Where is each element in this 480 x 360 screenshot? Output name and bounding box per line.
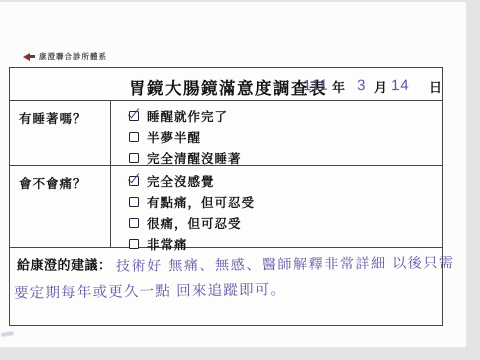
answer-cell: 完全沒感覺 有點痛，但可忍受 很痛，但可忍受 非常痛 [111,166,442,247]
handwritten-suggestion-line1: 技術好 無痛、無感、醫師解釋非常詳細 以後只需 [116,252,455,276]
date-month-label: 月 [374,77,387,96]
question-label-pain: 會不會痛？ [19,177,87,191]
checkbox-icon [129,153,139,163]
option-row: 半夢半醒 [129,126,442,147]
suggestion-label: 給康澄的建議： [17,258,112,273]
date-day-label: 日 [429,77,442,96]
survey-form-table: 胃鏡大腸鏡滿意度調查表 111 年 3 月 14 日 有睡著嗎？ 睡醒就作完了 [9,67,443,326]
checkbox-icon [129,132,139,142]
checkbox-icon [129,218,139,228]
question-row-pain: 會不會痛？ 完全沒感覺 有點痛，但可忍受 很痛，但可忍受 [10,166,442,248]
clinic-logo-icon [23,53,35,61]
suggestion-row: 給康澄的建議： 技術好 無痛、無感、醫師解釋非常詳細 以後只需 要定期每年或更久… [10,248,442,325]
option-label: 半夢半醒 [147,128,201,146]
question-cell: 有睡著嗎？ [10,101,111,165]
scanned-paper: 康澄聯合診所體系 胃鏡大腸鏡滿意度調查表 111 年 3 月 14 日 有睡著嗎… [0,2,466,347]
option-label: 很痛，但可忍受 [147,214,242,232]
checkbox-icon [129,197,139,207]
question-label-sleep: 有睡著嗎？ [19,112,87,126]
option-row: 很痛，但可忍受 [129,212,442,233]
option-row: 完全沒感覺 [129,170,442,191]
form-title: 胃鏡大腸鏡滿意度調查表 [129,75,327,99]
answer-cell: 睡醒就作完了 半夢半醒 完全清醒沒睡著 [111,101,442,165]
handwritten-suggestion-line2: 要定期每年或更久一點 回來追蹤即可。 [14,278,286,303]
date-month-value: 3 [357,77,367,94]
option-row: 完全清醒沒睡著 [129,147,442,168]
checkbox-checked-icon [129,111,139,121]
option-label: 完全沒感覺 [147,172,215,190]
scan-ink-smudge [1,331,14,337]
option-label: 睡醒就作完了 [147,107,228,125]
option-label: 完全清醒沒睡著 [147,149,242,167]
date-year-value: 111 [303,77,329,94]
title-row: 胃鏡大腸鏡滿意度調查表 111 年 3 月 14 日 [10,68,442,101]
date-day-value: 14 [391,77,410,94]
date-year-label: 年 [332,77,345,96]
clinic-logo: 康澄聯合診所體系 [23,51,107,62]
option-row: 睡醒就作完了 [129,105,442,126]
question-row-sleep: 有睡著嗎？ 睡醒就作完了 半夢半醒 完全清醒沒睡著 [10,101,442,166]
checkbox-checked-icon [129,176,139,186]
question-cell: 會不會痛？ [10,166,111,247]
clinic-logo-text: 康澄聯合診所體系 [39,51,107,62]
option-row: 有點痛，但可忍受 [129,191,442,212]
checkbox-icon [129,239,139,249]
option-label: 有點痛，但可忍受 [147,193,255,211]
